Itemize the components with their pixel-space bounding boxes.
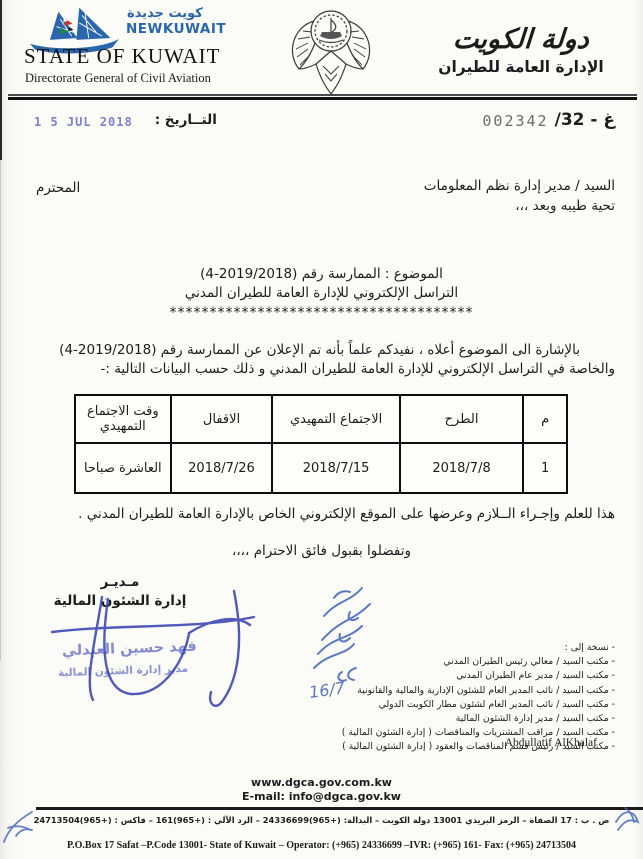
directorate-subtitle-en: Directorate General of Civil Aviation [25, 71, 211, 86]
reference-prefix: غ - 32/ [555, 110, 615, 130]
footer-address-english: P.O.Box 17 Safat –P.Code 13001- State of… [0, 840, 643, 851]
body-paragraph: بالإشارة الى الموضوع أعلاه ، نفيدكم علما… [28, 341, 615, 379]
table-header-row: م الطرح الاجتماع التمهيدي الاقفال وقت ال… [75, 395, 567, 443]
cc-label: - نسخة إلى : [342, 641, 615, 655]
cc-item: - مكتب السيد / نائب المدير العام للشئون … [342, 684, 615, 698]
col-closing-date: الاقفال [171, 395, 273, 443]
col-number: م [523, 395, 567, 443]
reference-number: 002342 غ - 32/ [482, 110, 615, 130]
footer-website: www.dgca.gov.com.kw [0, 776, 643, 790]
subject-line2: التراسل الإلكتروني للإدارة العامة للطيرا… [0, 284, 643, 303]
honorific: المحترم [36, 180, 80, 196]
cc-item: - مكتب السيد / مدير عام الطيران المدني [342, 669, 615, 683]
scan-edge-artifact-light [0, 160, 1, 660]
cc-item: - مكتب السيد / مدير إدارة الشئون المالية [342, 712, 615, 726]
handwritten-signature [38, 585, 268, 714]
body-line2: والخاصة في التراسل الإلكتروني للإدارة ال… [28, 360, 615, 379]
cell-closing-date: 2018/7/26 [171, 443, 273, 493]
logo-english-wordmark: NEWKUWAIT [126, 21, 226, 37]
cell-number: 1 [523, 443, 567, 493]
logo-arabic-wordmark: كويت جديدة [127, 6, 203, 21]
cell-offering-date: 2018/7/8 [400, 443, 523, 493]
practice-schedule-table: م الطرح الاجتماع التمهيدي الاقفال وقت ال… [74, 394, 568, 494]
footer-address-arabic: ص . ب : 17 الصفاة – الرمز البريدي 13001 … [8, 815, 635, 825]
addressee-block: السيد / مدير إدارة نظم المعلومات تحية طي… [424, 176, 615, 216]
subject-block: الموضوع : الممارسة رقم (2019/2018-4) الت… [0, 265, 643, 323]
date-label: التــاريخ : [155, 112, 217, 128]
cell-meeting-time: العاشرة صباحا [75, 443, 171, 493]
reference-stamped-number: 002342 [482, 112, 548, 130]
date-stamp: 1 5 JUL 2018 [34, 115, 133, 129]
pen-scribble-right [611, 800, 643, 836]
scanned-letter-page: كويت جديدة NEWKUWAIT STATE OF KUWAIT Dir… [0, 0, 643, 859]
scan-edge-artifact [0, 0, 2, 160]
cell-preliminary-meeting: 2018/7/15 [272, 443, 399, 493]
greeting-line: تحية طيبه وبعد ،،، [424, 196, 615, 216]
kuwait-emblem-icon [286, 5, 376, 101]
state-of-kuwait-title: STATE OF KUWAIT [24, 44, 220, 69]
col-meeting-time: وقت الاجتماع التمهيدي [75, 395, 171, 443]
state-of-kuwait-arabic: دولة الكويت [420, 24, 622, 55]
col-offering-date: الطرح [400, 395, 523, 443]
regards-line: وتفضلوا بقبول فائق الاحترام ،،،، [0, 543, 643, 559]
table-row: 1 2018/7/8 2018/7/15 2018/7/26 العاشرة ص… [75, 443, 567, 493]
cc-item: - مكتب السيد / معالي رئيس الطيران المدني [342, 655, 615, 669]
date-row: 1 5 JUL 2018 التــاريخ : [34, 112, 217, 129]
subject-line1: الموضوع : الممارسة رقم (2019/2018-4) [0, 265, 643, 284]
col-preliminary-meeting: الاجتماع التمهيدي [272, 395, 399, 443]
body-line1: بالإشارة الى الموضوع أعلاه ، نفيدكم علما… [28, 341, 615, 360]
directorate-subtitle-ar: الإدارة العامة للطيران [416, 58, 626, 76]
signoff-name: Abdullatif AlKhalaf [505, 737, 597, 749]
footer-web-block: www.dgca.gov.com.kw E-mail: info@dgca.go… [0, 776, 643, 804]
subject-separator-stars: ************************************** [0, 304, 643, 323]
header-divider [8, 94, 637, 100]
cc-item: - مكتب السيد / نائب المدير العام لشئون م… [342, 698, 615, 712]
addressee-line: السيد / مدير إدارة نظم المعلومات [424, 176, 615, 196]
closing-line: هذا للعلم وإجـراء الــلازم وعرضها على ال… [28, 506, 615, 522]
pen-scribble-left [0, 808, 42, 850]
footer-divider [36, 807, 643, 810]
footer-email: E-mail: info@dgca.gov.kw [0, 790, 643, 804]
